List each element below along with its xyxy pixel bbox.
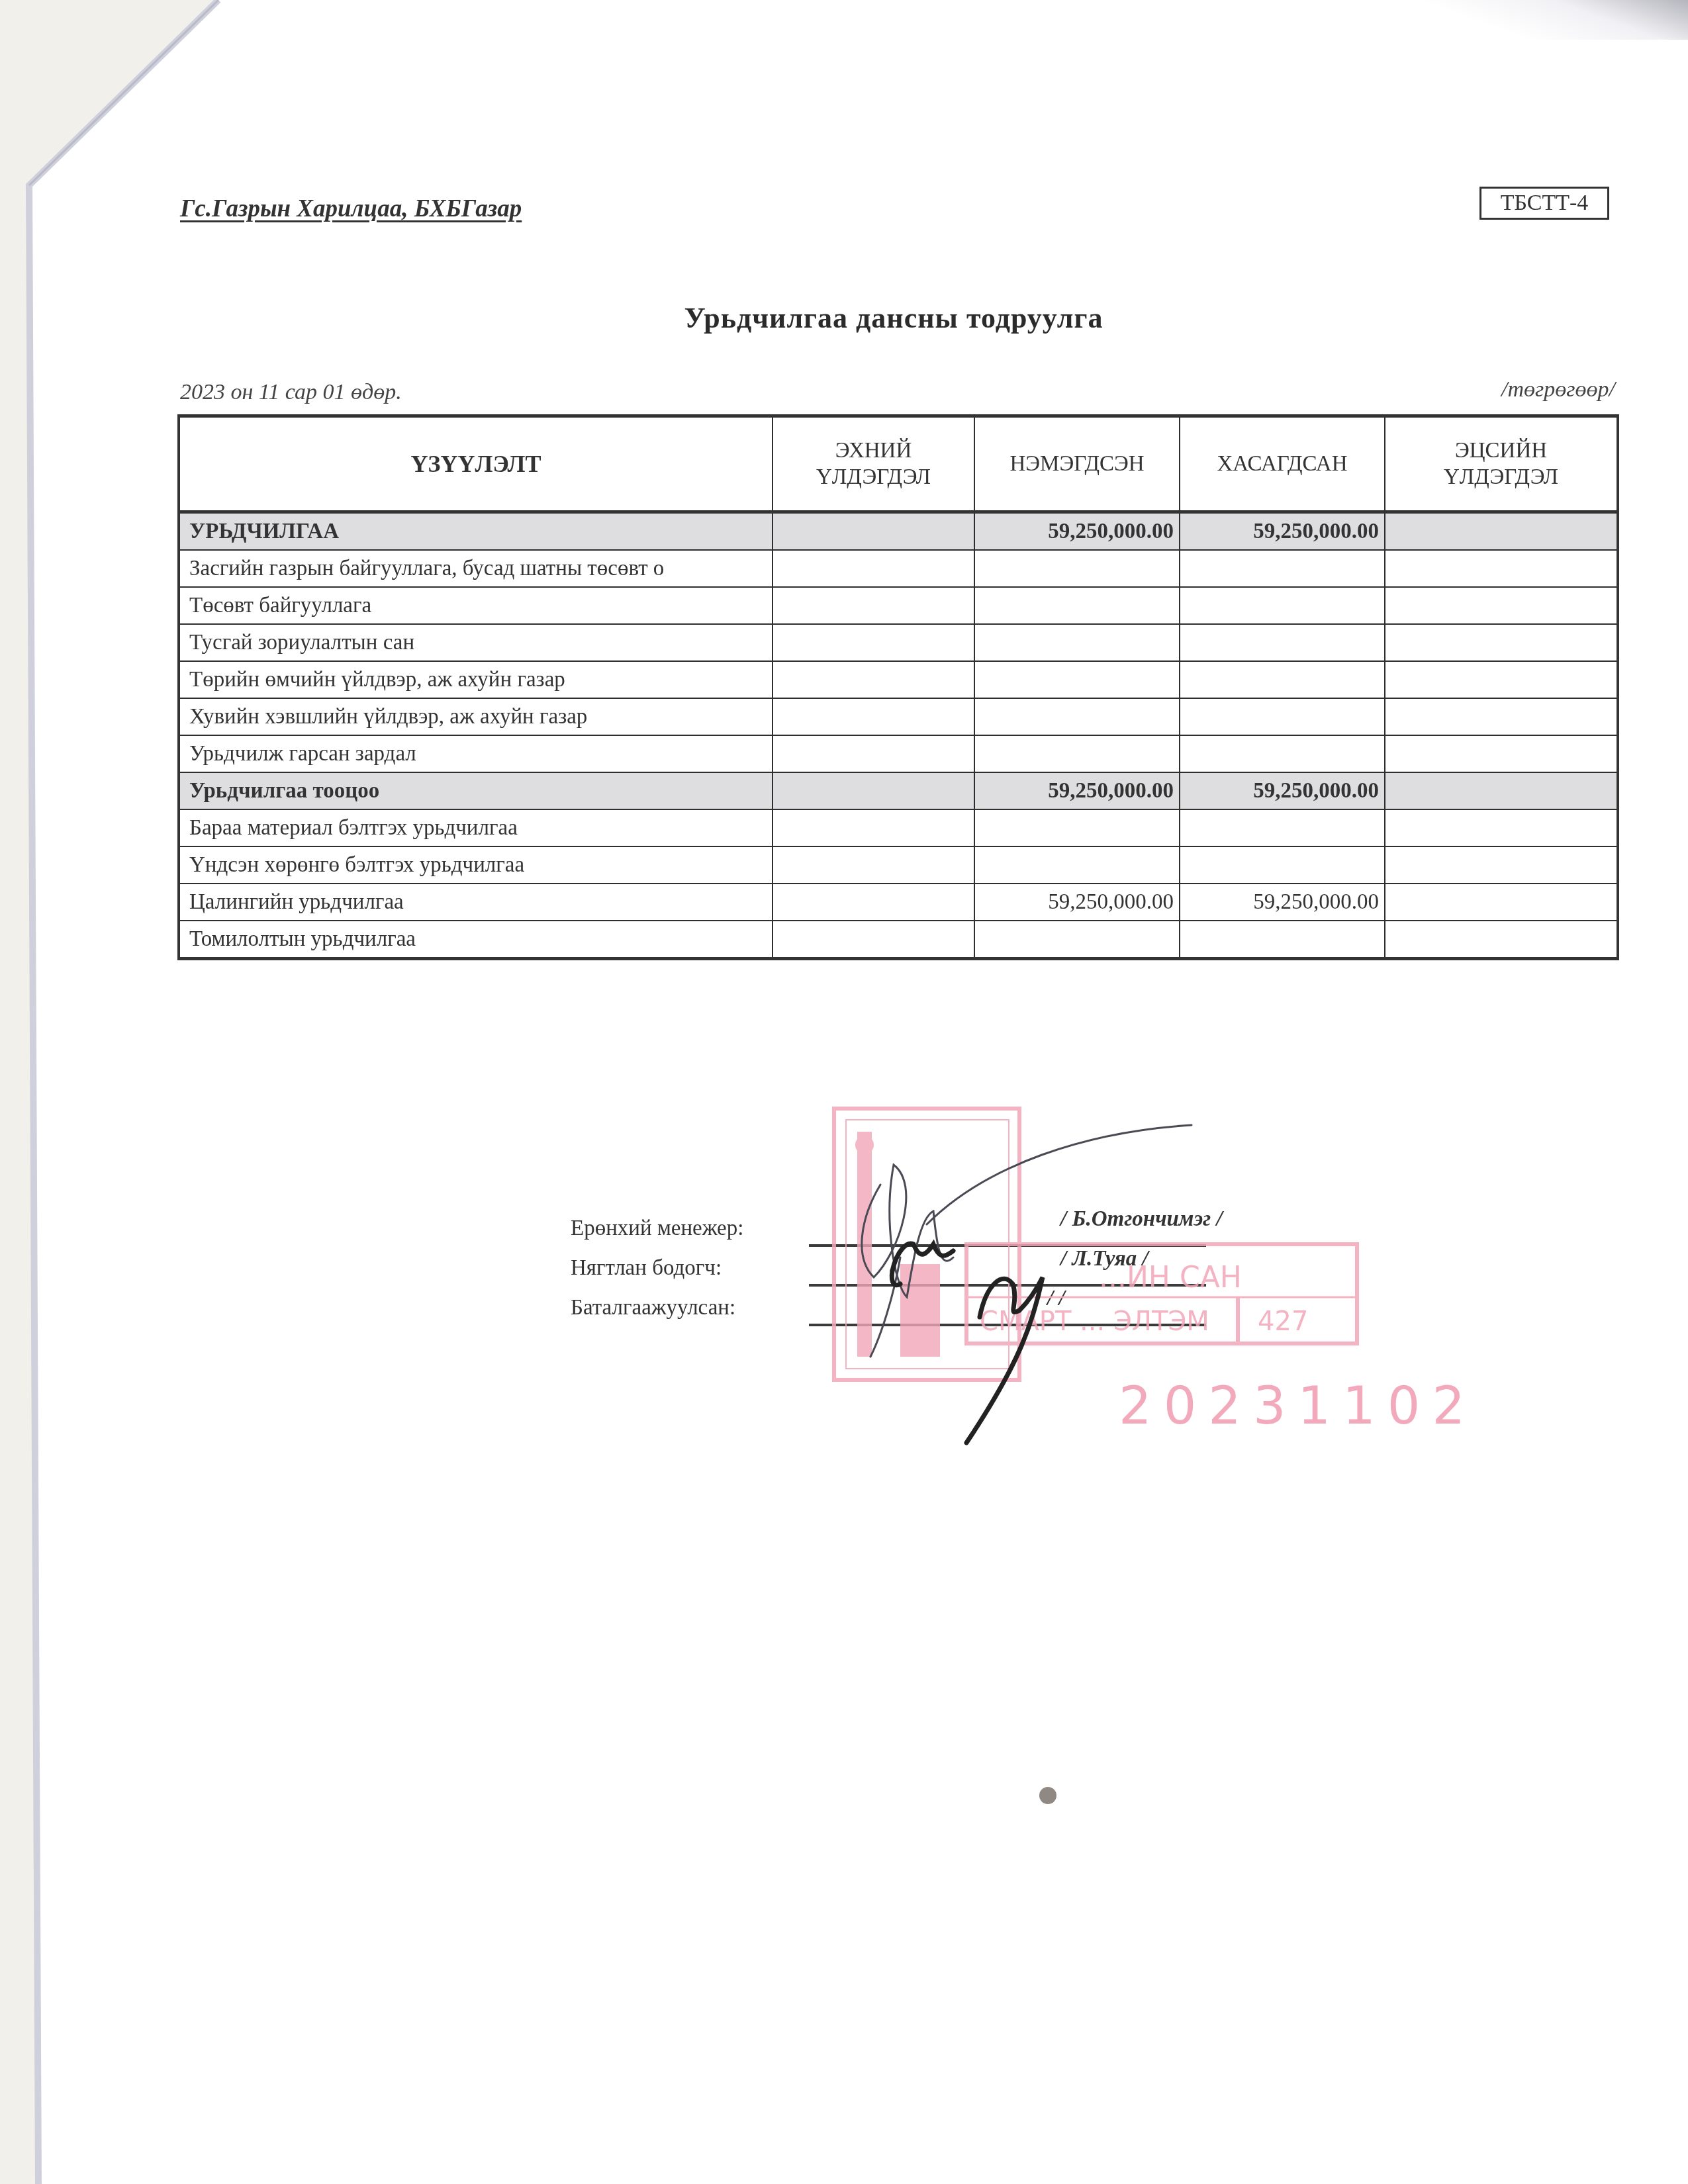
column-header-text: ҮЛДЭГДЭЛ bbox=[1444, 465, 1558, 489]
cell-indicator: Бараа материал бэлтгэх урьдчилгаа bbox=[179, 809, 773, 846]
table-group-row: УРЬДЧИЛГАА59,250,000.0059,250,000.00 bbox=[179, 512, 1618, 551]
column-header-indicator: ҮЗҮҮЛЭЛТ bbox=[179, 416, 773, 512]
document-title: Урьдчилгаа дансны тодруулга bbox=[0, 301, 1688, 335]
cell-closing-balance bbox=[1385, 587, 1618, 624]
cell-added bbox=[974, 846, 1180, 884]
cell-opening-balance bbox=[773, 624, 974, 661]
column-header-text: НЭМЭГДСЭН bbox=[1009, 452, 1144, 476]
cell-indicator: Төсөвт байгууллага bbox=[179, 587, 773, 624]
table-row: Урьдчилж гарсан зардал bbox=[179, 735, 1618, 772]
table-row: Бараа материал бэлтгэх урьдчилгаа bbox=[179, 809, 1618, 846]
table-row: Хувийн хэвшлийн үйлдвэр, аж ахуйн газар bbox=[179, 698, 1618, 735]
cell-indicator: Урьдчилж гарсан зардал bbox=[179, 735, 773, 772]
cell-opening-balance bbox=[773, 587, 974, 624]
cell-opening-balance bbox=[773, 809, 974, 846]
cell-added bbox=[974, 550, 1180, 587]
table-header-row: ҮЗҮҮЛЭЛТ ЭХНИЙҮЛДЭГДЭЛ НЭМЭГДСЭН ХАСАГДС… bbox=[179, 416, 1618, 512]
cell-opening-balance bbox=[773, 884, 974, 921]
column-header-closing-balance: ЭЦСИЙНҮЛДЭГДЭЛ bbox=[1385, 416, 1618, 512]
organization-name: Гс.Газрын Харилцаа, БХБГазар bbox=[180, 195, 522, 223]
cell-indicator: Тусгай зориулалтын сан bbox=[179, 624, 773, 661]
cell-added bbox=[974, 809, 1180, 846]
cell-indicator: Үндсэн хөрөнгө бэлтгэх урьдчилгаа bbox=[179, 846, 773, 884]
signature-line bbox=[809, 1324, 1206, 1326]
cell-indicator: Томилолтын урьдчилгаа bbox=[179, 921, 773, 959]
cell-indicator: Цалингийн урьдчилгаа bbox=[179, 884, 773, 921]
cell-added bbox=[974, 698, 1180, 735]
cell-added: 59,250,000.00 bbox=[974, 772, 1180, 809]
table-row: Томилолтын урьдчилгаа bbox=[179, 921, 1618, 959]
cell-added bbox=[974, 624, 1180, 661]
signature-name: / Б.Отгончимэг / bbox=[1060, 1207, 1223, 1232]
cell-indicator: УРЬДЧИЛГАА bbox=[179, 512, 773, 551]
cell-deducted: 59,250,000.00 bbox=[1180, 512, 1385, 551]
cell-indicator: Засгийн газрын байгууллага, бусад шатны … bbox=[179, 550, 773, 587]
signature-name: / / bbox=[1047, 1287, 1065, 1311]
table-group-row: Урьдчилгаа тооцоо59,250,000.0059,250,000… bbox=[179, 772, 1618, 809]
cell-closing-balance bbox=[1385, 921, 1618, 959]
form-code-box: ТБСТТ-4 bbox=[1479, 187, 1609, 220]
cell-deducted bbox=[1180, 809, 1385, 846]
cell-added bbox=[974, 735, 1180, 772]
cell-deducted bbox=[1180, 587, 1385, 624]
table-row: Үндсэн хөрөнгө бэлтгэх урьдчилгаа bbox=[179, 846, 1618, 884]
column-header-text: ЭХНИЙ bbox=[835, 439, 912, 463]
signature-line bbox=[809, 1284, 1206, 1287]
cell-deducted bbox=[1180, 550, 1385, 587]
table-row: Цалингийн урьдчилгаа59,250,000.0059,250,… bbox=[179, 884, 1618, 921]
cell-closing-balance bbox=[1385, 884, 1618, 921]
table-body: УРЬДЧИЛГАА59,250,000.0059,250,000.00Засг… bbox=[179, 512, 1618, 959]
cell-deducted: 59,250,000.00 bbox=[1180, 772, 1385, 809]
table-row: Төрийн өмчийн үйлдвэр, аж ахуйн газар bbox=[179, 661, 1618, 698]
cell-deducted bbox=[1180, 735, 1385, 772]
column-header-added: НЭМЭГДСЭН bbox=[974, 416, 1180, 512]
column-header-opening-balance: ЭХНИЙҮЛДЭГДЭЛ bbox=[773, 416, 974, 512]
cell-added: 59,250,000.00 bbox=[974, 512, 1180, 551]
cell-added bbox=[974, 661, 1180, 698]
cell-opening-balance bbox=[773, 921, 974, 959]
signature-role: Ерөнхий менежер: bbox=[571, 1216, 743, 1241]
cell-closing-balance bbox=[1385, 512, 1618, 551]
scan-speck bbox=[1039, 1787, 1056, 1804]
cell-closing-balance bbox=[1385, 735, 1618, 772]
cell-closing-balance bbox=[1385, 550, 1618, 587]
cell-deducted bbox=[1180, 921, 1385, 959]
stamp-date: 20231102 bbox=[1119, 1377, 1477, 1436]
scan-shadow bbox=[1410, 0, 1688, 40]
cell-deducted bbox=[1180, 661, 1385, 698]
signature-name: / Л.Туяа / bbox=[1060, 1247, 1149, 1271]
cell-deducted: 59,250,000.00 bbox=[1180, 884, 1385, 921]
cell-opening-balance bbox=[773, 772, 974, 809]
report-date: 2023 он 11 сар 01 өдөр. bbox=[180, 380, 402, 405]
cell-opening-balance bbox=[773, 846, 974, 884]
cell-closing-balance bbox=[1385, 809, 1618, 846]
cell-deducted bbox=[1180, 624, 1385, 661]
cell-closing-balance bbox=[1385, 624, 1618, 661]
cell-indicator: Төрийн өмчийн үйлдвэр, аж ахуйн газар bbox=[179, 661, 773, 698]
signature-role: Баталгаажуулсан: bbox=[571, 1296, 735, 1320]
cell-closing-balance bbox=[1385, 661, 1618, 698]
table-row: Засгийн газрын байгууллага, бусад шатны … bbox=[179, 550, 1618, 587]
column-header-text: ҮЗҮҮЛЭЛТ bbox=[411, 451, 541, 477]
cell-opening-balance bbox=[773, 735, 974, 772]
cell-added bbox=[974, 587, 1180, 624]
cell-deducted bbox=[1180, 846, 1385, 884]
table-row: Төсөвт байгууллага bbox=[179, 587, 1618, 624]
column-header-text: ЭЦСИЙН bbox=[1455, 439, 1547, 463]
cell-opening-balance bbox=[773, 698, 974, 735]
cell-indicator: Хувийн хэвшлийн үйлдвэр, аж ахуйн газар bbox=[179, 698, 773, 735]
cell-added bbox=[974, 921, 1180, 959]
currency-unit: /төгрөгөөр/ bbox=[1501, 377, 1615, 402]
cell-deducted bbox=[1180, 698, 1385, 735]
cell-opening-balance bbox=[773, 661, 974, 698]
column-header-text: ҮЛДЭГДЭЛ bbox=[816, 465, 931, 489]
cell-closing-balance bbox=[1385, 698, 1618, 735]
column-header-deducted: ХАСАГДСАН bbox=[1180, 416, 1385, 512]
cell-opening-balance bbox=[773, 550, 974, 587]
cell-indicator: Урьдчилгаа тооцоо bbox=[179, 772, 773, 809]
cell-opening-balance bbox=[773, 512, 974, 551]
advance-account-table: ҮЗҮҮЛЭЛТ ЭХНИЙҮЛДЭГДЭЛ НЭМЭГДСЭН ХАСАГДС… bbox=[177, 414, 1619, 960]
cell-added: 59,250,000.00 bbox=[974, 884, 1180, 921]
cell-closing-balance bbox=[1385, 772, 1618, 809]
column-header-text: ХАСАГДСАН bbox=[1217, 452, 1348, 476]
cell-closing-balance bbox=[1385, 846, 1618, 884]
signature-role: Нягтлан бодогч: bbox=[571, 1256, 722, 1281]
table-row: Тусгай зориулалтын сан bbox=[179, 624, 1618, 661]
